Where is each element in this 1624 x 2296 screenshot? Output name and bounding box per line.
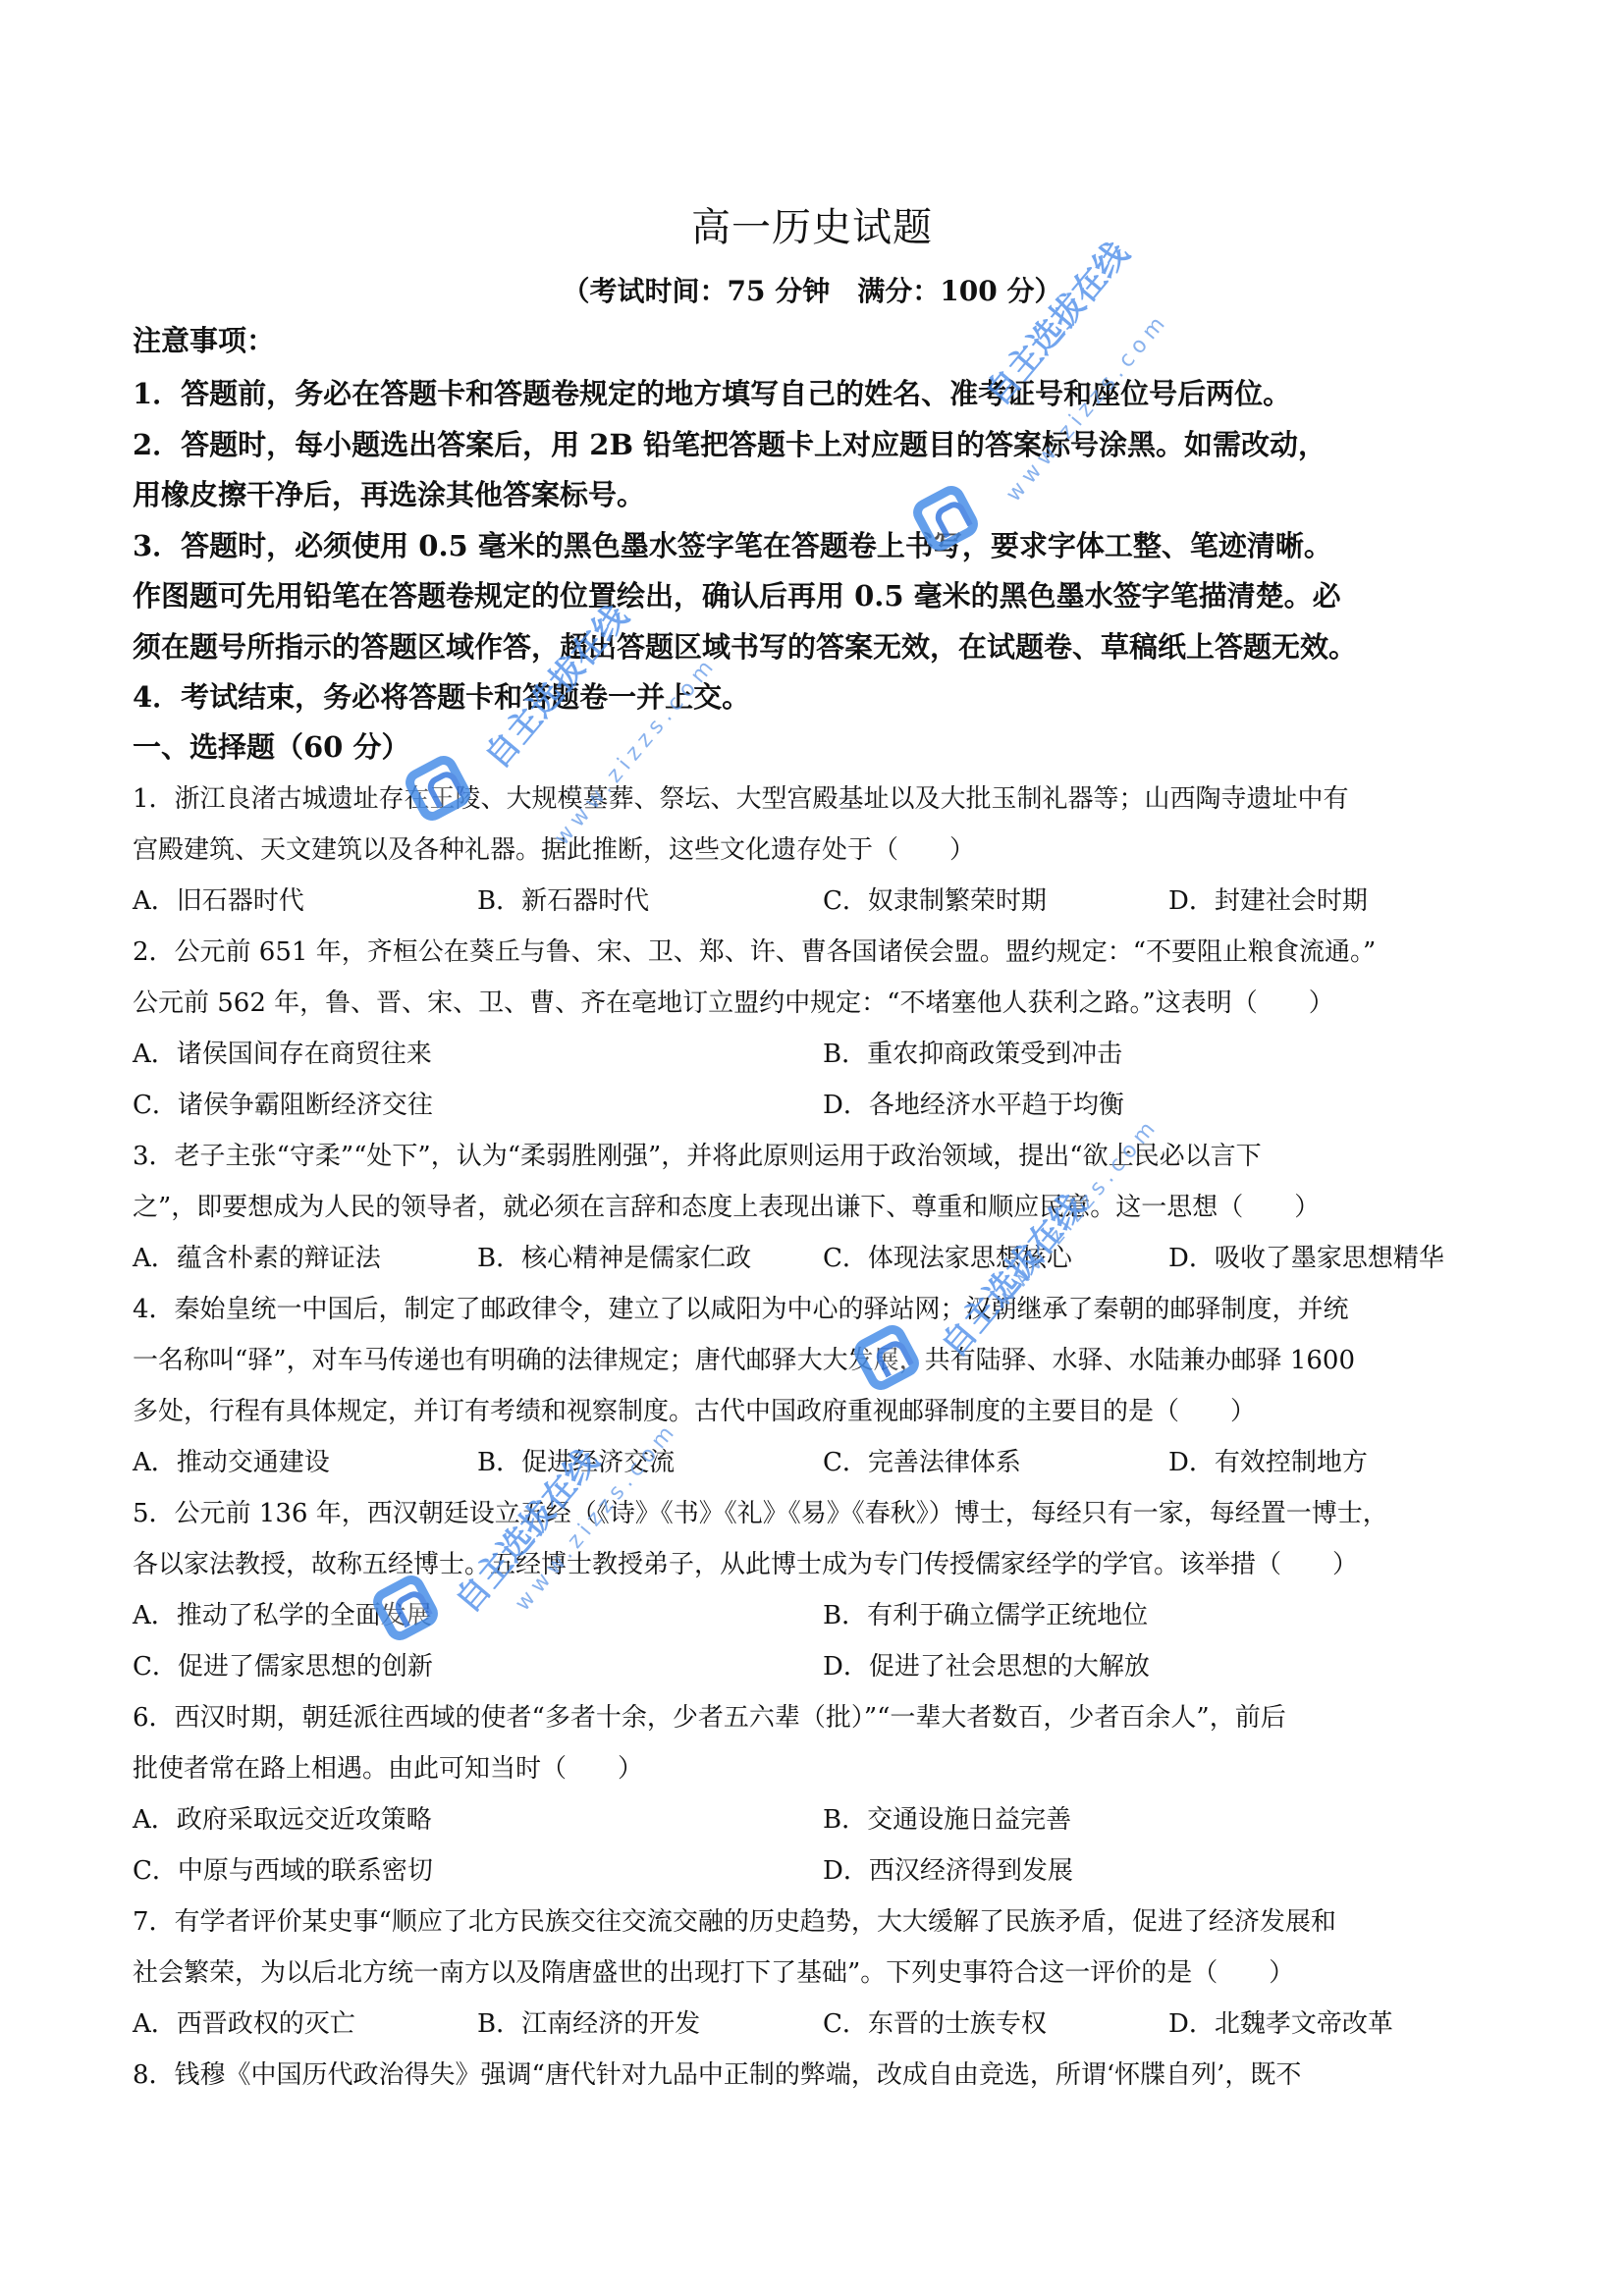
notice-heading: 注意事项： [133, 324, 1507, 357]
question-2-text: 公元前 562 年，鲁、晋、宋、卫、曹、齐在亳地订立盟约中规定：“不堵塞他人获利… [133, 987, 1507, 1020]
question-1-option-d: D．封建社会时期 [1168, 884, 1368, 918]
exam-page: 高一历史试题 （考试时间：75 分钟 满分：100 分） 注意事项： 1．答题前… [0, 0, 1624, 2296]
question-5-text: 各以家法教授，故称五经博士。五经博士教授弟子，从此博士成为专门传授儒家经学的学官… [133, 1548, 1507, 1581]
question-5-text: 5．公元前 136 年，西汉朝廷设立五经（《诗》《书》《礼》《易》《春秋》）博士… [133, 1497, 1507, 1530]
question-1-option-c: C．奴隶制繁荣时期 [823, 884, 1047, 918]
question-1-text: 宫殿建筑、天文建筑以及各种礼器。据此推断，这些文化遗存处于（ ） [133, 833, 1507, 867]
question-2-option-d: D．各地经济水平趋于均衡 [823, 1089, 1124, 1122]
question-6-text: 批使者常在路上相遇。由此可知当时（ ） [133, 1752, 1507, 1786]
question-7-text: 社会繁荣，为以后北方统一南方以及隋唐盛世的出现打下了基础”。下列史事符合这一评价… [133, 1956, 1507, 1990]
question-2-text: 2．公元前 651 年，齐桓公在葵丘与鲁、宋、卫、郑、许、曹各国诸侯会盟。盟约规… [133, 935, 1507, 969]
exam-info: （考试时间：75 分钟 满分：100 分） [0, 270, 1624, 309]
notice-line: 4．考试结束，务必将答题卡和答题卷一并上交。 [133, 680, 1507, 714]
question-2-option-a: A．诸侯国间存在商贸往来 [133, 1038, 432, 1071]
question-5-option-b: B．有利于确立儒学正统地位 [823, 1599, 1148, 1632]
notice-line: 1．答题前，务必在答题卡和答题卷规定的地方填写自己的姓名、准考证号和座位号后两位… [133, 377, 1507, 410]
question-3-option-a: A．蕴含朴素的辩证法 [133, 1242, 381, 1275]
question-8-text: 8．钱穆《中国历代政治得失》强调“唐代针对九品中正制的弊端，改成自由竞选，所谓‘… [133, 2058, 1507, 2092]
notice-line: 须在题号所指示的答题区域作答，超出答题区域书写的答案无效，在试题卷、草稿纸上答题… [133, 630, 1507, 664]
question-7-option-a: A．西晋政权的灭亡 [133, 2007, 355, 2041]
question-3-option-d: D．吸收了墨家思想精华 [1168, 1242, 1444, 1275]
question-6-option-c: C．中原与西域的联系密切 [133, 1854, 433, 1888]
question-7-option-b: B．江南经济的开发 [477, 2007, 700, 2041]
question-1-option-b: B．新石器时代 [477, 884, 649, 918]
question-1-option-a: A．旧石器时代 [133, 884, 304, 918]
question-4-text: 多处，行程有具体规定，并订有考绩和视察制度。古代中国政府重视邮驿制度的主要目的是… [133, 1395, 1507, 1428]
notice-line: 用橡皮擦干净后，再选涂其他答案标号。 [133, 478, 1507, 511]
question-6-option-d: D．西汉经济得到发展 [823, 1854, 1073, 1888]
question-3-text: 之”，即要想成为人民的领导者，就必须在言辞和态度上表现出谦下、尊重和顺应民意。这… [133, 1191, 1507, 1224]
question-7-option-c: C．东晋的士族专权 [823, 2007, 1047, 2041]
question-5-option-a: A．推动了私学的全面发展 [133, 1599, 432, 1632]
question-3-option-c: C．体现法家思想核心 [823, 1242, 1072, 1275]
question-7-option-d: D．北魏孝文帝改革 [1168, 2007, 1393, 2041]
question-2-option-b: B．重农抑商政策受到冲击 [823, 1038, 1122, 1071]
question-4-option-a: A．推动交通建设 [133, 1446, 330, 1479]
question-4-option-c: C．完善法律体系 [823, 1446, 1021, 1479]
question-4-option-d: D．有效控制地方 [1168, 1446, 1368, 1479]
question-6-text: 6．西汉时期，朝廷派往西域的使者“多者十余，少者五六辈（批）”“一辈大者数百，少… [133, 1701, 1507, 1735]
question-4-text: 一名称叫“驿”，对车马传递也有明确的法律规定；唐代邮驿大大发展，共有陆驿、水驿、… [133, 1344, 1507, 1377]
notice-line: 2．答题时，每小题选出答案后，用 2B 铅笔把答题卡上对应题目的答案标号涂黑。如… [133, 428, 1507, 461]
question-6-option-b: B．交通设施日益完善 [823, 1803, 1071, 1837]
page-title: 高一历史试题 [0, 196, 1624, 252]
question-4-text: 4．秦始皇统一中国后，制定了邮政律令，建立了以咸阳为中心的驿站网；汉朝继承了秦朝… [133, 1293, 1507, 1326]
notice-line: 3．答题时，必须使用 0.5 毫米的黑色墨水签字笔在答题卷上书写，要求字体工整、… [133, 529, 1507, 562]
question-3-option-b: B．核心精神是儒家仁政 [477, 1242, 751, 1275]
question-2-option-c: C．诸侯争霸阻断经济交往 [133, 1089, 433, 1122]
question-4-option-b: B．促进经济交流 [477, 1446, 675, 1479]
question-7-text: 7．有学者评价某史事“顺应了北方民族交往交流交融的历史趋势，大大缓解了民族矛盾，… [133, 1905, 1507, 1939]
question-3-text: 3．老子主张“守柔”“处下”，认为“柔弱胜刚强”，并将此原则运用于政治领域，提出… [133, 1140, 1507, 1173]
question-6-option-a: A．政府采取远交近攻策略 [133, 1803, 432, 1837]
notice-line: 作图题可先用铅笔在答题卷规定的位置绘出，确认后再用 0.5 毫米的黑色墨水签字笔… [133, 579, 1507, 613]
question-5-option-c: C．促进了儒家思想的创新 [133, 1650, 433, 1683]
question-5-option-d: D．促进了社会思想的大解放 [823, 1650, 1150, 1683]
section-heading: 一、选择题（60 分） [133, 730, 1507, 764]
question-1-text: 1．浙江良渚古城遗址存在王陵、大规模墓葬、祭坛、大型宫殿基址以及大批玉制礼器等；… [133, 782, 1507, 816]
